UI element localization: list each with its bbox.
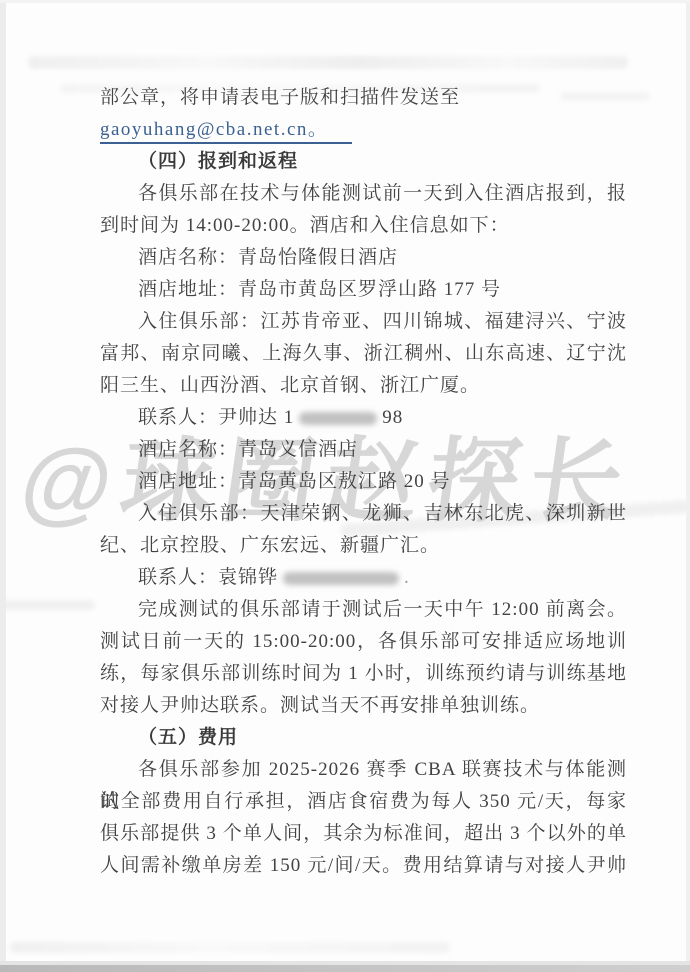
doc-line: 完成测试的俱乐部请于测试后一天中午 12:00 前离会。 [100, 594, 627, 626]
doc-line: 到时间为 14:00-20:00。酒店和入住信息如下： [100, 210, 627, 242]
contact-text: 联系人：尹帅达 1 [138, 407, 294, 428]
doc-line: 各俱乐部在技术与体能测试前一天到入住酒店报到，报 [100, 178, 627, 210]
section-heading: （四）报到和返程 [100, 146, 627, 178]
scanned-document-page: @球圈赵探长 部公章，将申请表电子版和扫描件发送至 gaoyuhang@cba.… [0, 0, 690, 972]
hotel1-contact-line: 联系人：尹帅达 198 [100, 402, 627, 434]
hotel2-clubs-line: 入住俱乐部：天津荣钢、龙狮、吉林东北虎、深圳新世 [100, 498, 627, 530]
hotel1-name-line: 酒店名称：青岛怡隆假日酒店 [100, 242, 627, 274]
hotel2-name-line: 酒店名称：青岛义信酒店 [100, 434, 627, 466]
contact-text: 联系人：袁锦铧 [138, 567, 278, 588]
document-text-block: 部公章，将申请表电子版和扫描件发送至 gaoyuhang@cba.net.cn。… [100, 82, 627, 882]
scan-artifact [28, 56, 628, 69]
redacted-phone-smudge [299, 412, 377, 425]
scan-artifact [10, 942, 450, 953]
email-link[interactable]: gaoyuhang@cba.net.cn。 [100, 118, 352, 144]
hotel1-clubs-line: 富邦、南京同曦、上海久事、浙江稠州、山东高速、辽宁沈 [100, 338, 627, 370]
doc-line: 测试日前一天的 15:00-20:00，各俱乐部可安排适应场地训 [100, 626, 627, 658]
contact-text: . [404, 567, 410, 588]
scan-artifact [0, 600, 95, 610]
hotel2-address-line: 酒店地址：青岛黄岛区敖江路 20 号 [100, 466, 627, 498]
contact-text: 98 [382, 407, 403, 428]
doc-line: 对接人尹帅达联系。测试当天不再安排单独训练。 [100, 690, 627, 722]
doc-line: 人间需补缴单房差 150 元/间/天。费用结算请与对接人尹帅 [100, 850, 627, 882]
doc-line: 各俱乐部参加 2025-2026 赛季 CBA 联赛技术与体能测试 [100, 754, 627, 786]
hotel1-clubs-line: 阳三生、山西汾酒、北京首钢、浙江广厦。 [100, 370, 627, 402]
doc-line: 练，每家俱乐部训练时间为 1 小时，训练预约请与训练基地 [100, 658, 627, 690]
page-edge [0, 0, 6, 972]
redacted-phone-smudge [283, 572, 399, 585]
doc-line-email: gaoyuhang@cba.net.cn。 [100, 114, 627, 146]
doc-line: 的全部费用自行承担，酒店食宿费为每人 350 元/天，每家 [100, 786, 627, 818]
hotel2-contact-line: 联系人：袁锦铧. [100, 562, 627, 594]
doc-line: 部公章，将申请表电子版和扫描件发送至 [100, 82, 627, 114]
page-edge [0, 0, 690, 3]
page-edge [686, 0, 690, 972]
hotel2-clubs-line: 纪、北京控股、广东宏远、新疆广汇。 [100, 530, 627, 562]
section-heading: （五）费用 [100, 722, 627, 754]
hotel1-clubs-line: 入住俱乐部：江苏肯帝亚、四川锦城、福建浔兴、宁波 [100, 306, 627, 338]
page-edge [0, 965, 690, 972]
doc-line: 俱乐部提供 3 个单人间，其余为标准间，超出 3 个以外的单 [100, 818, 627, 850]
hotel1-address-line: 酒店地址：青岛市黄岛区罗浮山路 177 号 [100, 274, 627, 306]
